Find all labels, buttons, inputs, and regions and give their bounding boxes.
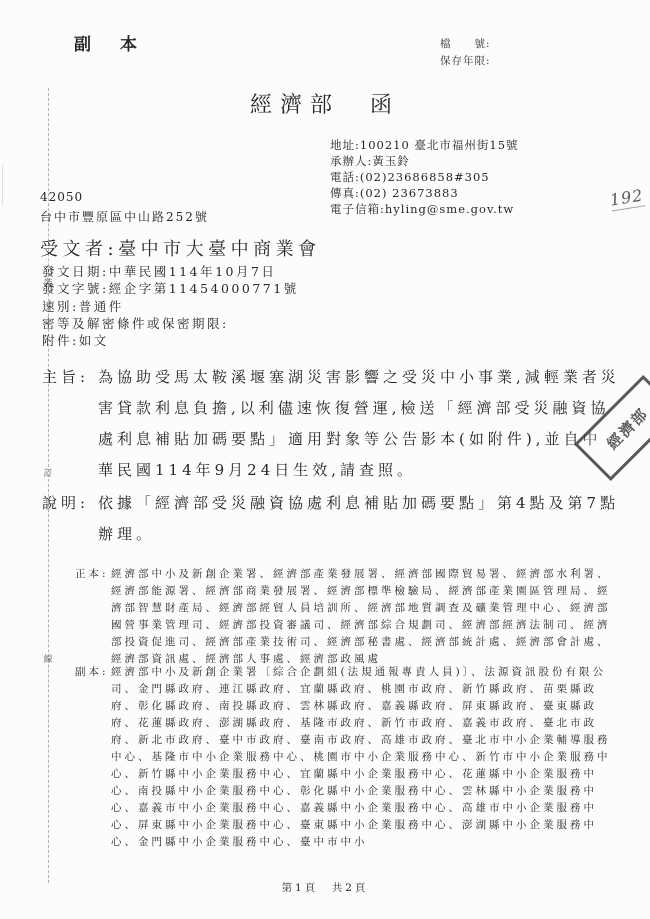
subject-paragraph: 主旨: 為協助受馬太鞍溪堰塞湖災害影響之受災中小事業,減輕業者災害貸款利息負擔,… xyxy=(42,362,620,486)
handwritten-number: 192 xyxy=(609,186,645,212)
recipient-address: 台中市豐原區中山路252號 xyxy=(40,208,209,225)
original-recipients-text: 經濟部中小及新創企業署、經濟部產業發展署、經濟部國際貿易署、經濟部水利署、經濟部… xyxy=(111,568,611,665)
binding-mark-xian: 線 xyxy=(41,652,55,665)
file-number-label: 檔 號: xyxy=(440,36,491,51)
recipient-line: 受文者:臺中市大臺中商業會 xyxy=(40,235,321,261)
attachment-note: 附件:如文 xyxy=(42,332,299,349)
document-title: 經濟部 函 xyxy=(0,88,650,119)
recipient-zip: 42050 xyxy=(40,190,83,204)
original-recipients-label: 正本: xyxy=(75,566,109,583)
agency-email: 電子信箱:hyling@sme.gov.tw xyxy=(330,201,519,217)
copy-recipients-paragraph: 副本: 經濟部中小及新創企業署〔綜合企劃組(法規通報專責人員)〕、法源資訊股份有… xyxy=(75,664,615,851)
speed-class: 速別:普通件 xyxy=(42,298,299,315)
subject-label: 主旨: xyxy=(42,362,89,393)
copy-recipients-text: 經濟部中小及新創企業署〔綜合企劃組(法規通報專責人員)〕、法源資訊股份有限公司、… xyxy=(111,666,611,848)
agency-contact-block: 地址:100210 臺北市福州街15號 承辦人:黃玉鈴 電話:(02)23686… xyxy=(330,137,519,217)
agency-fax: 傳真:(02) 23673883 xyxy=(330,185,519,201)
scan-artifact-line xyxy=(2,165,3,205)
agency-address: 地址:100210 臺北市福州街15號 xyxy=(330,137,519,153)
official-letter-page: 裝 訂 線 副 本 檔 號: 保存年限: 經濟部 函 地址:100210 臺北市… xyxy=(0,0,650,919)
page-footer: 第1頁 共2頁 xyxy=(0,880,650,895)
explanation-text: 依據「經濟部受災融資協處利息補貼加碼要點」第4點及第7點辦理。 xyxy=(98,494,619,543)
security-class: 密等及解密條件或保密期限: xyxy=(42,315,299,332)
original-recipients-paragraph: 正本: 經濟部中小及新創企業署、經濟部產業發展署、經濟部國際貿易署、經濟部水利署… xyxy=(75,566,615,668)
explanation-label: 說明: xyxy=(42,488,89,519)
issue-date: 發文日期:中華民國114年10月7日 xyxy=(42,263,299,280)
copy-recipients-label: 副本: xyxy=(75,664,109,681)
document-meta-block: 發文日期:中華民國114年10月7日 發文字號:經企字第11454000771號… xyxy=(42,263,299,349)
agency-phone: 電話:(02)23686858#305 xyxy=(330,169,519,185)
explanation-paragraph: 說明: 依據「經濟部受災融資協處利息補貼加碼要點」第4點及第7點辦理。 xyxy=(42,488,620,550)
retention-period-label: 保存年限: xyxy=(440,53,491,68)
issue-number: 發文字號:經企字第11454000771號 xyxy=(42,280,299,297)
agency-contact-person: 承辦人:黃玉鈴 xyxy=(330,153,519,169)
stamp-text: 經濟部 xyxy=(602,403,650,454)
copy-label: 副 本 xyxy=(74,30,143,55)
subject-text: 為協助受馬太鞍溪堰塞湖災害影響之受災中小事業,減輕業者災害貸款利息負擔,以利儘速… xyxy=(98,368,620,479)
